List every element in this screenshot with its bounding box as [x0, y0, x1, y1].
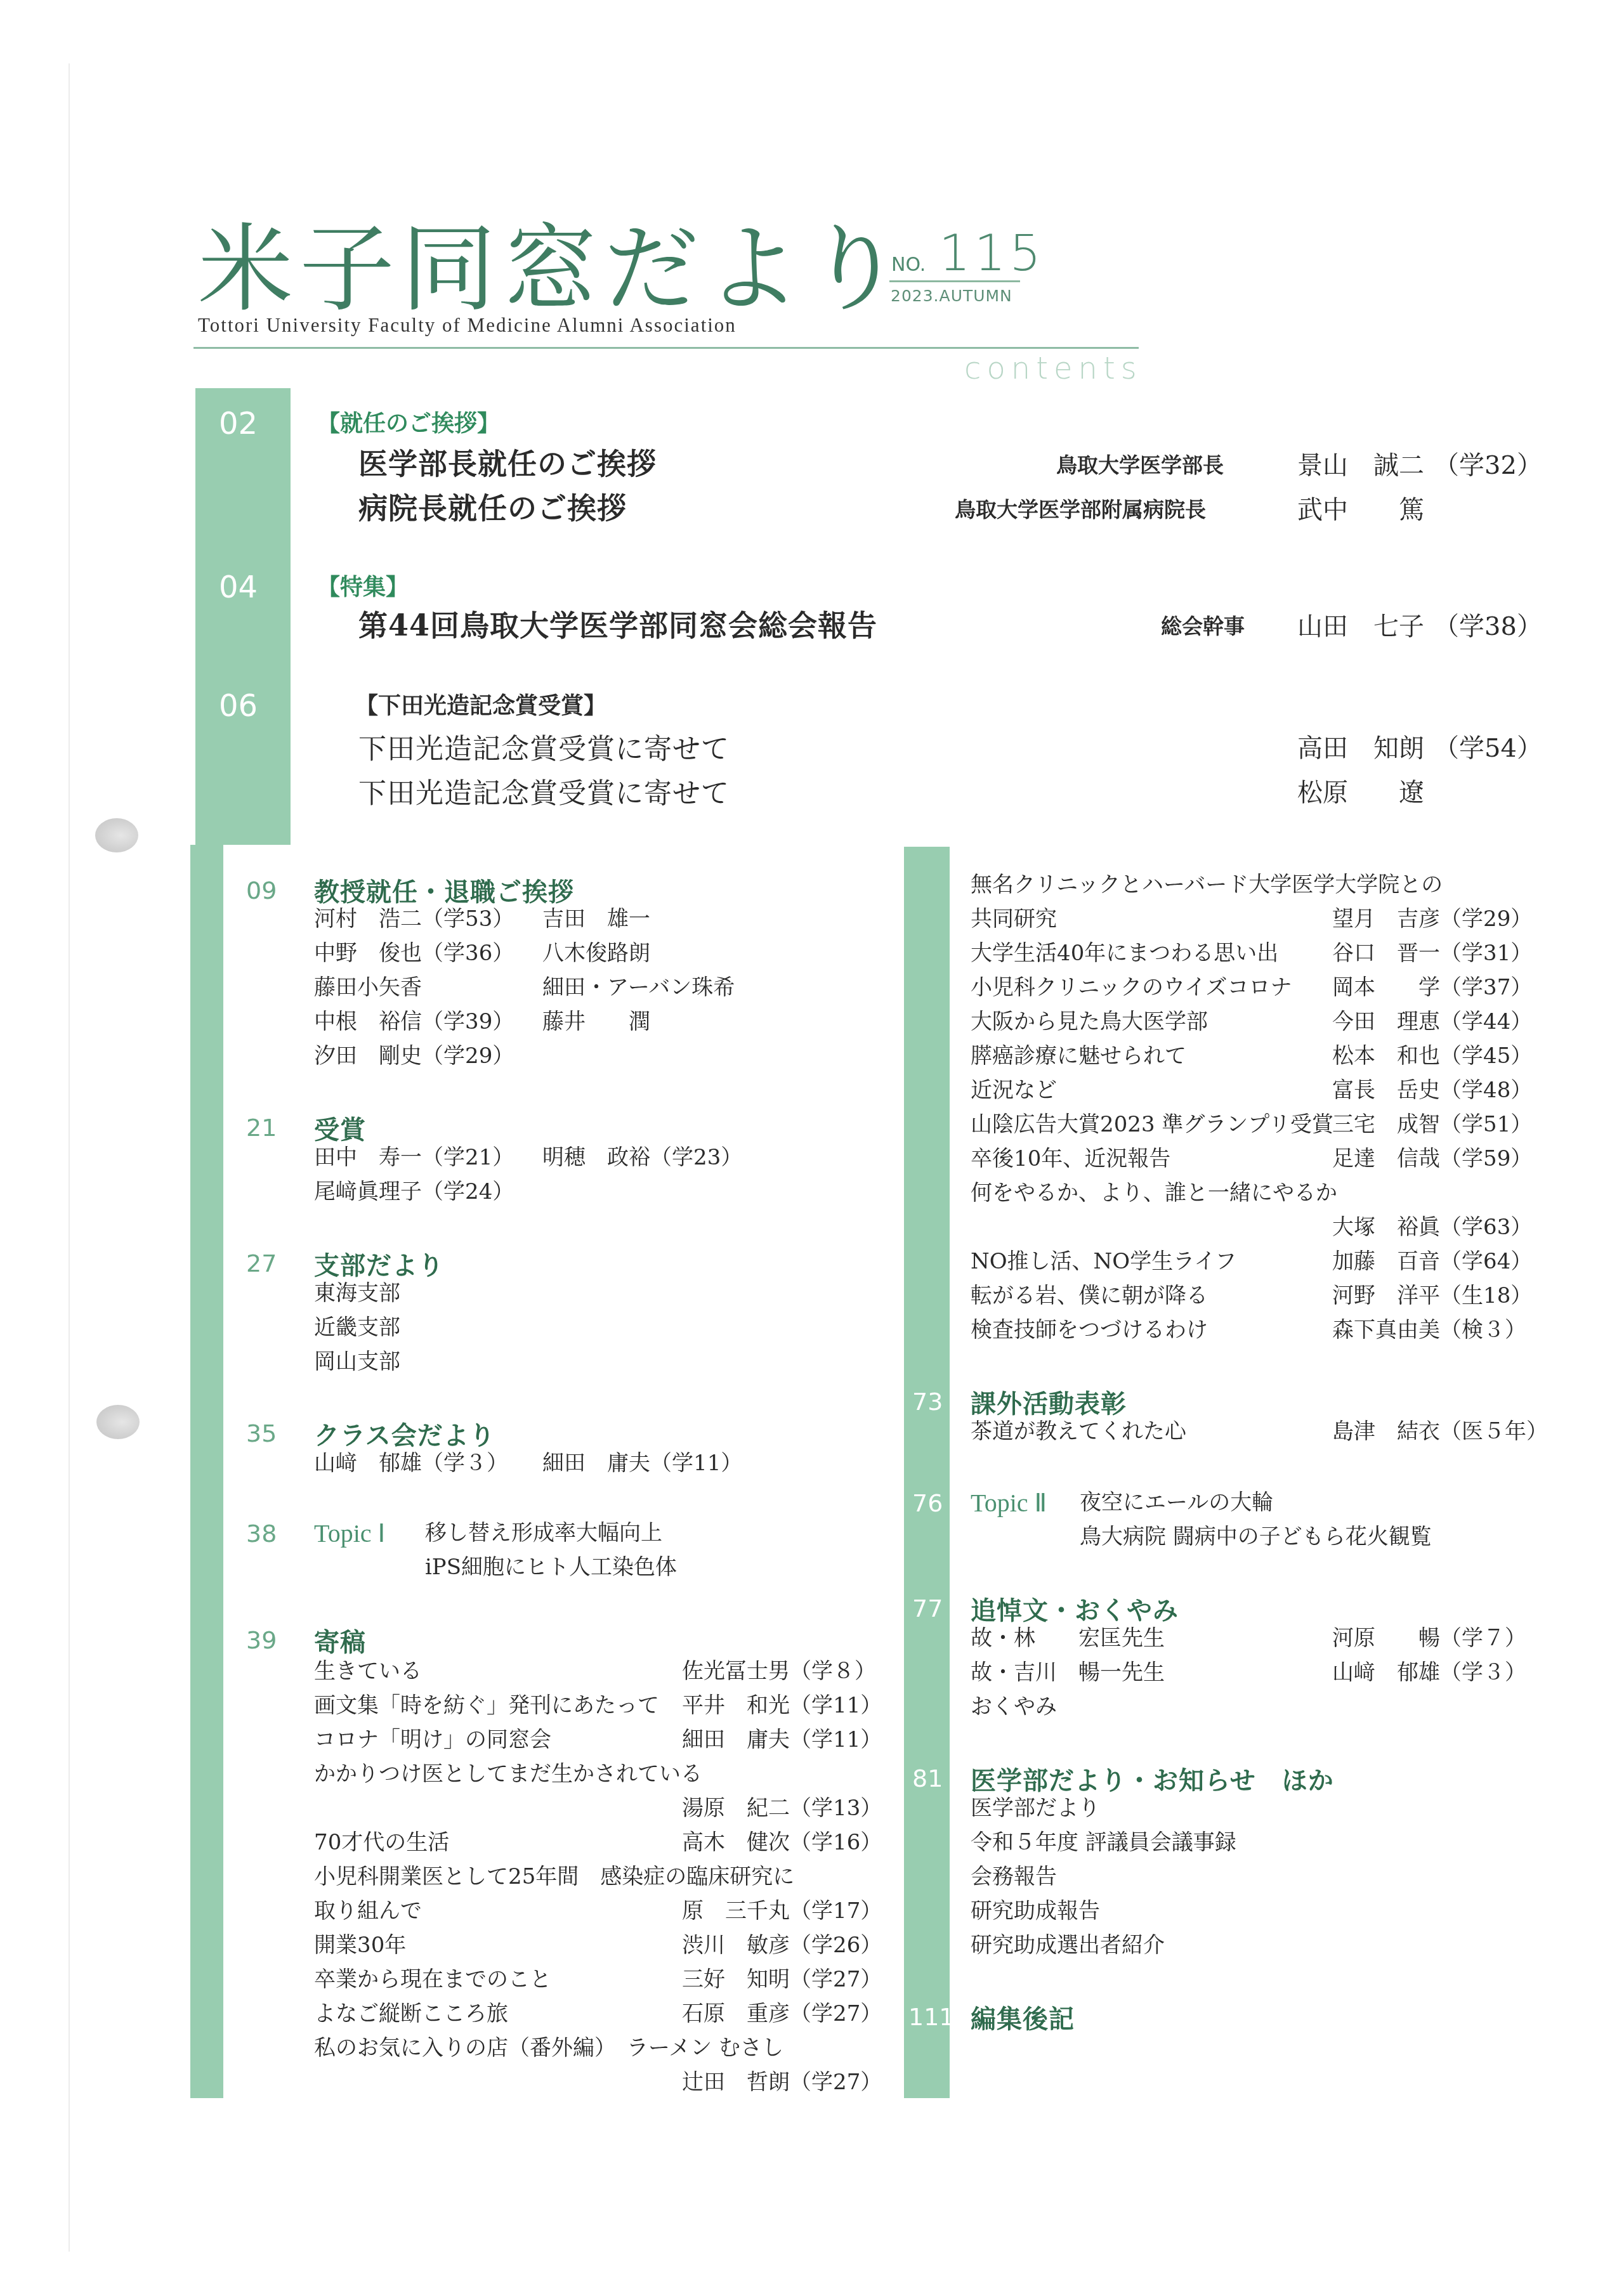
entry-title[interactable]: コロナ「明け」の同窓会: [314, 1729, 551, 1751]
entry-title[interactable]: 近況など: [971, 1080, 1057, 1101]
binder-hole-top: [95, 818, 138, 852]
entry-title[interactable]: 無名クリニックとハーバード大学医学大学院との: [971, 874, 1443, 896]
entry-author: 石原 重彦（学27）: [682, 2003, 882, 2025]
association-name: Tottori University Faculty of Medicine A…: [198, 314, 737, 337]
entry-title[interactable]: 卒後10年、近況報告: [971, 1148, 1170, 1170]
section-title[interactable]: 支部だより: [314, 1246, 444, 1282]
entry-author: 今田 理恵（学44）: [1332, 1011, 1532, 1033]
list-item[interactable]: 研究助成選出者紹介: [971, 1934, 1165, 1956]
list-item: 中野 俊也（学36）: [314, 943, 514, 964]
entry-title[interactable]: 大学生活40年にまつわる思い出: [971, 943, 1278, 964]
page-number-09: 09: [246, 877, 277, 904]
issue-number: 115: [939, 225, 1045, 282]
list-item: 中根 裕信（学39）: [314, 1011, 514, 1033]
topic-line[interactable]: 夜空にエールの大輪: [1080, 1492, 1273, 1513]
list-item: 細田・アーバン珠希: [542, 977, 735, 998]
page-number-81: 81: [912, 1764, 943, 1792]
entry-title[interactable]: 故・林 宏匡先生: [971, 1627, 1165, 1649]
page-number-21: 21: [246, 1114, 277, 1142]
list-item: 尾﨑眞理子（学24）: [314, 1181, 514, 1203]
topic-line[interactable]: 移し替え形成率大幅向上: [425, 1522, 662, 1544]
page-number-35: 35: [246, 1419, 277, 1447]
entry-author: 加藤 百音（学64）: [1332, 1251, 1532, 1272]
entry-author: 三好 知明（学27）: [682, 1969, 882, 1990]
list-item: 汐田 剛史（学29）: [314, 1045, 514, 1067]
section-title[interactable]: クラス会だより: [314, 1416, 495, 1452]
contents-label: contents: [964, 351, 1143, 386]
entry-author: 岡本 学（学37）: [1332, 977, 1532, 998]
section-title[interactable]: 追悼文・おくやみ: [971, 1591, 1179, 1627]
section-title[interactable]: 編集後記: [971, 1999, 1075, 2035]
entry-title[interactable]: 小児科開業医として25年間 感染症の臨床研究に: [314, 1866, 794, 1888]
entry-author: 河野 洋平（生18）: [1332, 1285, 1532, 1307]
list-item: 藤田小矢香: [314, 977, 422, 998]
entry-author: 森下真由美（検３）: [1332, 1319, 1526, 1341]
author-name: 山田 七子: [1297, 606, 1424, 642]
left-green-strip: [190, 845, 223, 2098]
section-title[interactable]: 医学部だより・お知らせ ほか: [971, 1761, 1334, 1797]
category-label[interactable]: 【就任のご挨拶】: [317, 406, 500, 438]
entry-author: 平井 和光（学11）: [682, 1695, 882, 1716]
section-title[interactable]: 教授就任・退職ご挨拶: [314, 872, 574, 908]
list-item: 近畿支部: [314, 1317, 400, 1338]
entry-author: 山﨑 郁雄（学３）: [1332, 1662, 1526, 1683]
section-title[interactable]: 課外活動表彰: [971, 1384, 1127, 1420]
list-item: 明穂 政裕（学23）: [542, 1147, 742, 1168]
page-number-27: 27: [246, 1249, 277, 1277]
entry-author: 島津 結衣（医５年）: [1332, 1421, 1548, 1442]
entry-title[interactable]: 転がる岩、僕に朝が降る: [971, 1285, 1208, 1307]
page-number-02: 02: [219, 406, 258, 441]
category-label[interactable]: 【特集】: [317, 570, 409, 602]
page-number-76: 76: [912, 1489, 943, 1517]
entry-author: 望月 吉彦（学29）: [1332, 908, 1532, 930]
page-number-111: 111: [908, 2003, 955, 2031]
toc-entry-title[interactable]: 病院長就任のご挨拶: [358, 485, 627, 527]
issue-season: 2023.AUTUMN: [891, 287, 1012, 305]
page-number-73: 73: [912, 1388, 943, 1416]
toc-entry-title[interactable]: 下田光造記念賞受賞に寄せて: [358, 726, 730, 767]
toc-entry-title[interactable]: 下田光造記念賞受賞に寄せて: [358, 771, 730, 811]
entry-author: 富長 岳史（学48）: [1332, 1080, 1532, 1101]
author-name: 松原 遼: [1297, 773, 1424, 809]
list-item[interactable]: 令和５年度 評議員会議事録: [971, 1832, 1236, 1853]
topic-line[interactable]: 鳥大病院 闘病中の子どもら花火観覧: [1080, 1526, 1432, 1548]
author-name: 景山 誠二: [1297, 445, 1424, 481]
entry-author: 湯原 紀二（学13）: [682, 1797, 882, 1819]
entry-author: 渋川 敏彦（学26）: [682, 1934, 882, 1956]
entry-author: 松本 和也（学45）: [1332, 1045, 1532, 1067]
author-name: 高田 知朗: [1297, 728, 1424, 764]
topic-label: Topic Ⅰ: [314, 1518, 385, 1548]
entry-title[interactable]: NO推し活、NO学生ライフ: [971, 1251, 1236, 1272]
list-item: 藤井 潤: [542, 1011, 650, 1033]
magazine-title: 米子同窓だより: [198, 222, 908, 317]
entry-author: 辻田 哲朗（学27）: [682, 2071, 882, 2093]
list-item: 八木俊路朗: [542, 943, 650, 964]
topic-line[interactable]: iPS細胞にヒト人工染色体: [425, 1556, 677, 1578]
entry-author: 足達 信哉（学59）: [1332, 1148, 1532, 1170]
entry-title[interactable]: 画文集「時を紡ぐ」発刊にあたって: [314, 1695, 659, 1716]
entry-author: 谷口 晋一（学31）: [1332, 943, 1532, 964]
entry-title[interactable]: 開業30年: [314, 1934, 406, 1956]
page-number-38: 38: [246, 1520, 277, 1548]
issue-rule: [889, 280, 1020, 282]
list-item: 河村 浩二（学53）: [314, 908, 514, 930]
entry-title[interactable]: 膵癌診療に魅せられて: [971, 1045, 1186, 1067]
list-item: 岡山支部: [314, 1351, 400, 1373]
issue-label: NO.: [891, 254, 926, 276]
toc-entry-title[interactable]: 医学部長就任のご挨拶: [358, 441, 657, 483]
entry-title[interactable]: 共同研究: [971, 908, 1057, 930]
list-item: 吉田 雄一: [542, 908, 650, 930]
author-class: （学32）: [1434, 445, 1542, 481]
entry-title[interactable]: おくやみ: [971, 1696, 1057, 1718]
author-role: 総会幹事: [1161, 610, 1245, 640]
binder-hole-bottom: [96, 1405, 140, 1439]
entry-title[interactable]: 小児科クリニックのウイズコロナ: [971, 977, 1292, 998]
featured-green-column: [195, 388, 291, 845]
topic-label: Topic Ⅱ: [971, 1488, 1047, 1518]
entry-title[interactable]: よなご縦断こころ旅: [314, 2003, 508, 2025]
entry-title[interactable]: 生きている: [314, 1660, 422, 1682]
entry-title[interactable]: 故・吉川 暢一先生: [971, 1662, 1165, 1683]
author-role: 鳥取大学医学部長: [1056, 449, 1224, 479]
list-item: 細田 庸夫（学11）: [542, 1452, 742, 1474]
entry-title[interactable]: 山陰広告大賞2023 準グランプリ受賞: [971, 1114, 1333, 1135]
header-divider: [193, 347, 1139, 349]
page-number-04: 04: [219, 570, 258, 605]
entry-author: 高木 健次（学16）: [682, 1832, 882, 1853]
entry-author: 河原 暢（学７）: [1332, 1627, 1526, 1649]
entry-title[interactable]: 検査技師をつづけるわけ: [971, 1319, 1208, 1341]
entry-title[interactable]: 卒業から現在までのこと: [314, 1969, 551, 1990]
author-role: 鳥取大学医学部附属病院長: [955, 493, 1206, 523]
page-number-39: 39: [246, 1626, 277, 1654]
paper-edge: [69, 63, 70, 2252]
list-item[interactable]: 研究助成報告: [971, 1900, 1100, 1922]
list-item: 田中 寿一（学21）: [314, 1147, 514, 1168]
entry-title[interactable]: 私のお気に入りの店（番外編） ラーメン むさし: [314, 2037, 783, 2059]
page-number-06: 06: [219, 688, 258, 724]
entry-author: 三宅 成智（学51）: [1332, 1114, 1532, 1135]
entry-title[interactable]: 大阪から見た鳥大医学部: [971, 1011, 1208, 1033]
page-number-77: 77: [912, 1595, 943, 1622]
section-title[interactable]: 寄稿: [314, 1622, 366, 1659]
list-item: 東海支部: [314, 1282, 400, 1304]
entry-title[interactable]: 茶道が教えてくれた心: [971, 1421, 1186, 1442]
author-class: （学38）: [1434, 606, 1542, 642]
list-item: 山﨑 郁雄（学３）: [314, 1452, 508, 1474]
category-label[interactable]: 【下田光造記念賞受賞】: [355, 688, 606, 721]
author-name: 武中 篤: [1297, 490, 1424, 526]
list-item[interactable]: 医学部だより: [971, 1797, 1100, 1819]
entry-title[interactable]: 70才代の生活: [314, 1832, 449, 1853]
author-class: （学54）: [1434, 728, 1542, 764]
entry-author: 細田 庸夫（学11）: [682, 1729, 882, 1751]
entry-title[interactable]: 取り組んで: [314, 1900, 422, 1922]
list-item[interactable]: 会務報告: [971, 1866, 1057, 1888]
entry-title[interactable]: 何をやるか、より、誰と一緒にやるか: [971, 1182, 1337, 1204]
toc-entry-title[interactable]: 第44回鳥取大学医学部同窓会総会報告: [358, 603, 877, 644]
entry-author: 佐光冨士男（学８）: [682, 1660, 876, 1682]
entry-title[interactable]: かかりつけ医としてまだ生かされている: [314, 1763, 702, 1785]
entry-author: 原 三千丸（学17）: [682, 1900, 882, 1922]
section-title[interactable]: 受賞: [314, 1110, 366, 1146]
right-green-strip: [904, 847, 950, 2098]
entry-author: 大塚 裕眞（学63）: [1332, 1216, 1532, 1238]
